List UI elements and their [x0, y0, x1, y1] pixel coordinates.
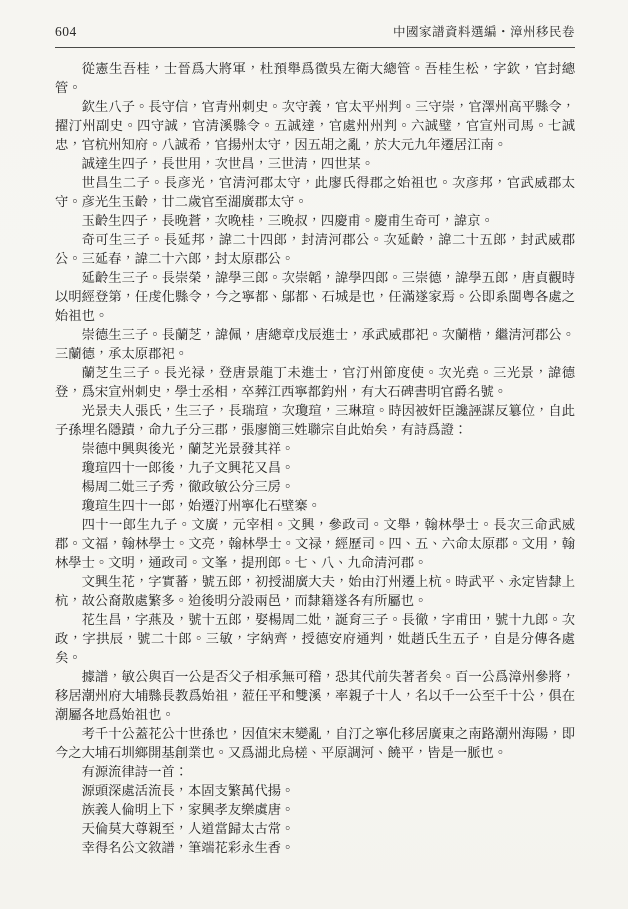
text-paragraph: 文興生花，字實蕃，號五郎，初授湖廣大夫，始由汀州遷上杭。時武平、永定皆隸上杭，故…: [55, 572, 575, 610]
text-paragraph: 花生昌，字燕及，號十五郎，娶楊周二妣，誕育三子。長徹，字甫田，號十九郎。次政，字…: [55, 610, 575, 667]
header-divider: [55, 47, 575, 48]
genealogy-text-block: 從憲生吾桂，士晉爲大將軍，杜預舉爲徵吳左衛大總管。吾桂生松，字欽，官封總管。欽生…: [55, 59, 575, 857]
text-paragraph: 世昌生二子。長彦光，官清河郡太守，此廖氏得郡之始祖也。次彦邦，官武威郡太守。彦光…: [55, 173, 575, 211]
scanned-book-page: 604 中國家譜資料選編・漳州移民卷 從憲生吾桂，士晉爲大將軍，杜預舉爲徵吳左衛…: [0, 0, 628, 909]
text-paragraph: 玉齡生四子，長晚蒼，次晚桂，三晚叔，四慶甫。慶甫生奇可，諱京。: [55, 211, 575, 230]
text-paragraph: 瓊瑄生四十一郎，始遷汀州寧化石壁寨。: [55, 496, 575, 515]
verse-line: 幸得名公文敘譜，筆端花彩永生香。: [55, 838, 575, 857]
verse-line: 源頭深處活流長，本固支繁萬代揚。: [55, 781, 575, 800]
text-paragraph: 蘭芝生三子。長光禄，登唐景龍丁未進士，官汀州節度使。次光堯。三光景，諱德登，爲宋…: [55, 363, 575, 401]
verse-line: 天倫莫大尊親至，人道當歸太古常。: [55, 819, 575, 838]
text-paragraph: 誠達生四子，長世用，次世昌，三世清，四世某。: [55, 154, 575, 173]
text-paragraph: 考千十公蓋花公十世孫也，因值宋末變亂，自汀之寧化移居廣東之南路潮州海陽，即今之大…: [55, 724, 575, 762]
text-paragraph: 光景夫人張氏，生三子，長瑞瑄，次瓊瑄，三琳瑄。時因被奸臣讒誣謀反簒位，自此子孫埋…: [55, 401, 575, 439]
text-paragraph: 四十一郎生九子。文廣，元宰相。文興，參政司。文舉，翰林學士。長次三命武威郡。文福…: [55, 515, 575, 572]
verse-line: 崇德中興與後光，蘭芝光景發其祥。: [55, 439, 575, 458]
verse-line: 瓊瑄四十一郎後，九子文興花又昌。: [55, 458, 575, 477]
text-paragraph: 有源流律詩一首：: [55, 762, 575, 781]
text-paragraph: 欽生八子。長守信，官青州刺史。次守義，官太平州判。三守崇，官澤州高平縣令，擢汀州…: [55, 97, 575, 154]
verse-line: 族義人倫明上下，家興孝友樂虞唐。: [55, 800, 575, 819]
text-paragraph: 奇可生三子。長延邦，諱二十四郎，封清河郡公。次延齡，諱二十五郎，封武威郡公。三延…: [55, 230, 575, 268]
verse-line: 楊周二妣三子秀，徹政敏公分三房。: [55, 477, 575, 496]
text-paragraph: 延齡生三子。長崇榮，諱學三郎。次崇韜，諱學四郎。三崇德，諱學五郎，唐貞觀時以明經…: [55, 268, 575, 325]
text-paragraph: 據譜，敏公與百一公是否父子相承無可稽，恐其代前失著者矣。百一公爲漳州參將，移居潮…: [55, 667, 575, 724]
text-paragraph: 從憲生吾桂，士晉爲大將軍，杜預舉爲徵吳左衛大總管。吾桂生松，字欽，官封總管。: [55, 59, 575, 97]
page-header: 604 中國家譜資料選編・漳州移民卷: [55, 22, 575, 40]
running-title: 中國家譜資料選編・漳州移民卷: [393, 22, 575, 40]
text-paragraph: 崇德生三子。長蘭芝，諱佩，唐總章戊辰進士，承武威郡祀。次蘭楷，繼清河郡公。三蘭德…: [55, 325, 575, 363]
page-number: 604: [55, 24, 77, 40]
